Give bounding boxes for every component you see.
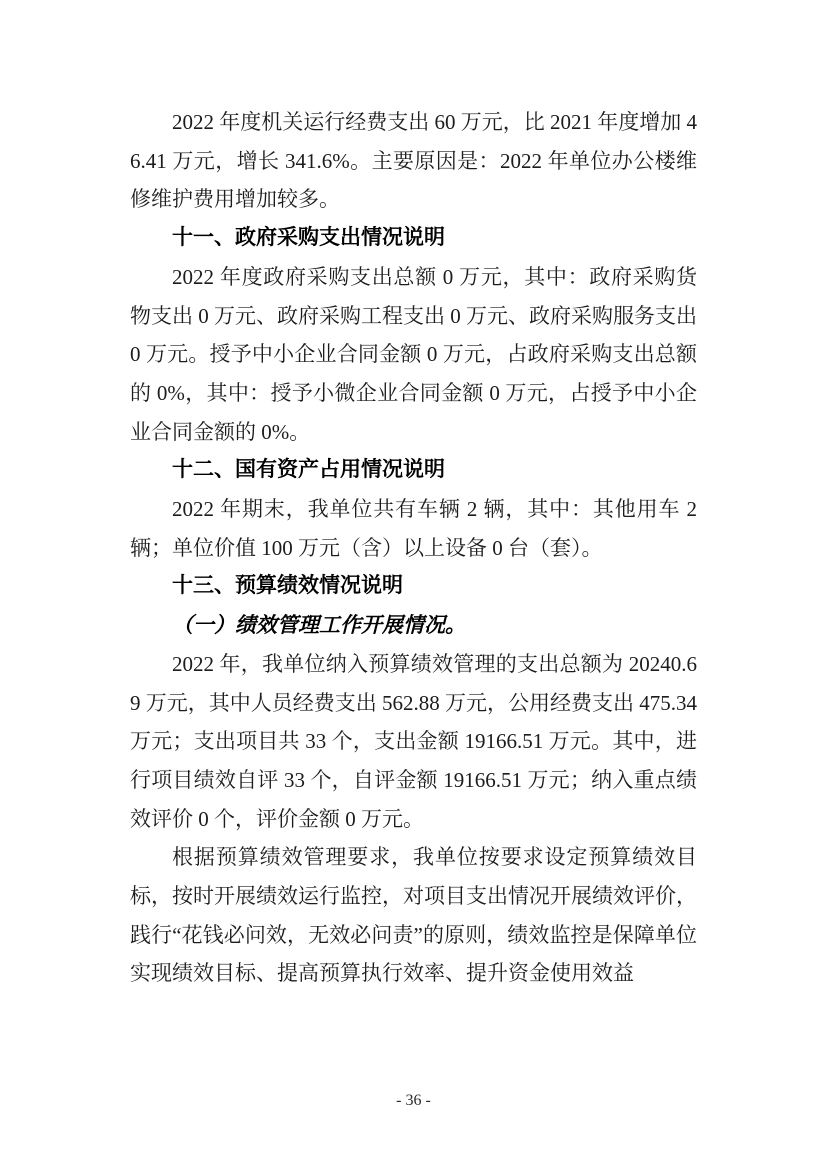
document-body: 2022 年度机关运行经费支出 60 万元，比 2021 年度增加 46.41 …: [130, 103, 697, 993]
paragraph-performance-management-figures: 2022 年，我单位纳入预算绩效管理的支出总额为 20240.69 万元，其中人…: [130, 645, 697, 839]
document-page: 2022 年度机关运行经费支出 60 万元，比 2021 年度增加 46.41 …: [0, 0, 827, 1169]
section-heading-12-state-assets: 十二、国有资产占用情况说明: [130, 451, 697, 490]
paragraph-operating-expense: 2022 年度机关运行经费支出 60 万元，比 2021 年度增加 46.41 …: [130, 103, 697, 219]
section-heading-13-budget-performance: 十三、预算绩效情况说明: [130, 567, 697, 606]
page-number: - 36 -: [0, 1092, 827, 1110]
subsection-heading-performance-management: （一）绩效管理工作开展情况。: [130, 606, 697, 645]
paragraph-performance-requirements: 根据预算绩效管理要求，我单位按要求设定预算绩效目标，按时开展绩效运行监控，对项目…: [130, 838, 697, 993]
paragraph-government-procurement: 2022 年度政府采购支出总额 0 万元，其中：政府采购货物支出 0 万元、政府…: [130, 258, 697, 452]
section-heading-11-procurement: 十一、政府采购支出情况说明: [130, 219, 697, 258]
paragraph-state-assets: 2022 年期末，我单位共有车辆 2 辆，其中：其他用车 2 辆；单位价值 10…: [130, 490, 697, 567]
